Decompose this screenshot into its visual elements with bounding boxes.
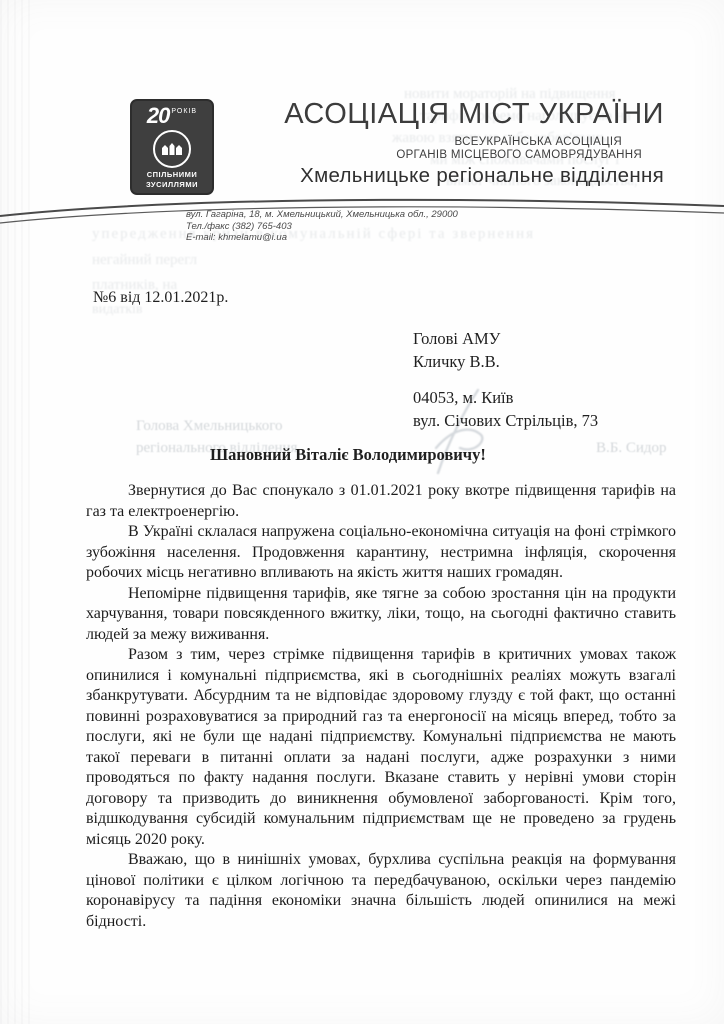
org-subtitle-line1: ВСЕУКРАЇНСЬКА АСОЦІАЦІЯ [284, 136, 622, 148]
scanned-letter-page: новити мораторій на підвищення тарифів, … [0, 0, 724, 1024]
recipient-block: Голові АМУ Кличку В.В. 04053, м. Київ ву… [413, 327, 598, 432]
logo-20-years: 20 років [134, 105, 210, 127]
contact-email: E-mail: khmelamu@i.ua [186, 232, 458, 244]
body-paragraph-3: Непомірне підвищення тарифів, яке тягне … [86, 584, 676, 646]
amu-logo: 20 років СПІЛЬНИМИ ЗУСИЛЛЯМИ [130, 99, 214, 195]
org-header: АСОЦІАЦІЯ МІСТ УКРАЇНИ ВСЕУКРАЇНСЬКА АСО… [284, 100, 664, 188]
ghost-line: негайний перегл [92, 252, 197, 269]
scan-edge-noise [0, 0, 30, 1024]
logo-motto-line1: СПІЛЬНИМИ [134, 170, 210, 179]
recipient-position: Голові АМУ [413, 327, 598, 350]
contact-block: вул. Гагаріна, 18, м. Хмельницький, Хмел… [186, 209, 458, 244]
logo-20-number: 20 [147, 105, 169, 127]
logo-emblem-icon [153, 130, 191, 168]
letter-body: Звернутися до Вас спонукало з 01.01.2021… [86, 481, 676, 932]
recipient-street: вул. Січових Стрільців, 73 [413, 409, 598, 432]
body-paragraph-5: Вважаю, що в нинішніх умовах, бурхлива с… [86, 850, 676, 932]
recipient-name: Кличку В.В. [413, 350, 598, 373]
body-paragraph-1: Звернутися до Вас спонукало з 01.01.2021… [86, 481, 676, 522]
recipient-city: 04053, м. Київ [413, 386, 598, 409]
salutation: Шановний Віталіє Володимировичу! [210, 445, 486, 465]
org-subtitle-line2: ОРГАНІВ МІСЦЕВОГО САМОВРЯДУВАННЯ [284, 149, 642, 161]
recipient-gap [413, 373, 598, 386]
logo-years-caption: років [171, 108, 197, 115]
body-paragraph-4: Разом з тим, через стрімке підвищення та… [86, 645, 676, 850]
reference-number: №6 від 12.01.2021р. [93, 289, 228, 307]
branch-name: Хмельницьке регіональне відділення [284, 164, 664, 188]
body-paragraph-2: В Україні склалася напружена соціально-е… [86, 522, 676, 584]
org-name: АСОЦІАЦІЯ МІСТ УКРАЇНИ [284, 100, 664, 129]
contact-phone: Тел./факс (382) 765-403 [186, 221, 458, 233]
ghost-signer-name: В.Б. Сидор [596, 440, 667, 457]
contact-address: вул. Гагаріна, 18, м. Хмельницький, Хмел… [186, 209, 458, 221]
ghost-signer-title-line1: Голова Хмельницького [136, 418, 282, 435]
